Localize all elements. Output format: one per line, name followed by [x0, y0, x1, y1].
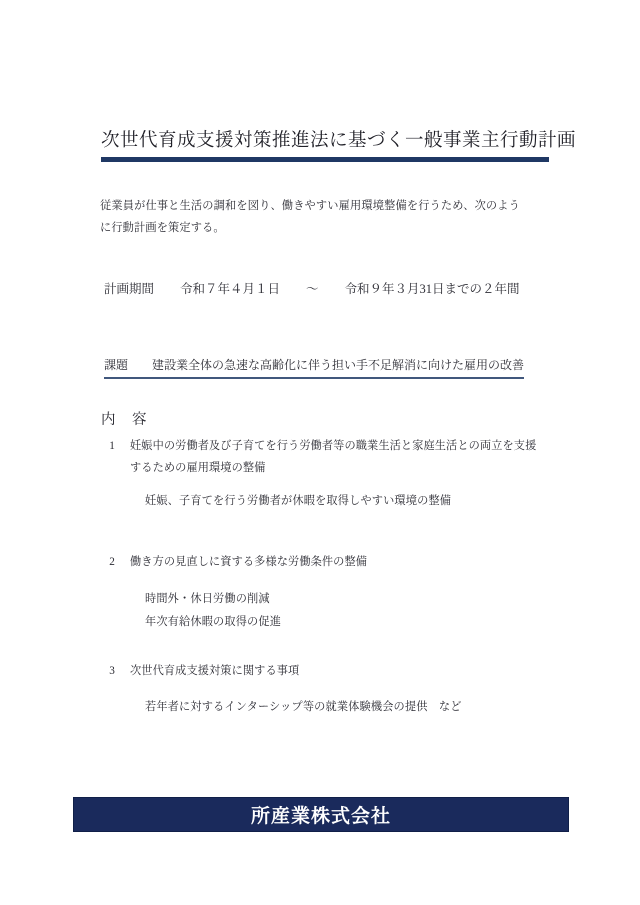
- content-item-1-number: 1: [106, 435, 118, 479]
- content-item-3-number: 3: [106, 660, 118, 682]
- intro-paragraph: 従業員が仕事と生活の調和を図り、働きやすい雇用環境整備を行うため、次のように行動…: [100, 195, 520, 239]
- content-item-2: 2 働き方の見直しに資する多様な労働条件の整備: [106, 551, 538, 573]
- plan-period-end-date: 令和９年３月31日までの２年間: [345, 279, 520, 297]
- plan-period-start-date: 令和７年４月１日: [180, 279, 280, 297]
- content-item-1: 1 妊娠中の労働者及び子育てを行う労働者等の職業生活と家庭生活との両立を支援する…: [106, 435, 538, 479]
- content-item-2-detail-1: 時間外・休日労働の削減: [145, 588, 270, 610]
- issue-row: 課題 建設業全体の急速な高齢化に伴う担い手不足解消に向けた雇用の改善: [104, 356, 524, 379]
- content-item-1-title: 妊娠中の労働者及び子育てを行う労働者等の職業生活と家庭生活との両立を支援するため…: [130, 435, 538, 479]
- content-item-3: 3 次世代育成支援対策に関する事項: [106, 660, 538, 682]
- document-title: 次世代育成支援対策推進法に基づく一般事業主行動計画: [101, 126, 549, 152]
- content-item-1-detail: 妊娠、子育てを行う労働者が休暇を取得しやすい環境の整備: [145, 490, 451, 512]
- plan-period-label: 計画期間: [104, 279, 154, 297]
- title-underline-rule: [101, 157, 549, 162]
- plan-period-separator: ～: [306, 279, 319, 297]
- content-item-3-detail: 若年者に対するインターシップ等の就業体験機会の提供 など: [145, 696, 462, 718]
- issue-label: 課題: [104, 356, 128, 373]
- content-item-3-title: 次世代育成支援対策に関する事項: [130, 660, 538, 682]
- issue-text: 建設業全体の急速な高齢化に伴う担い手不足解消に向けた雇用の改善: [152, 356, 524, 373]
- plan-period-row: 計画期間 令和７年４月１日 ～ 令和９年３月31日までの２年間: [104, 279, 520, 297]
- company-name: 所産業株式会社: [251, 801, 391, 828]
- content-item-2-detail-2: 年次有給休暇の取得の促進: [145, 611, 281, 633]
- content-item-2-number: 2: [106, 551, 118, 573]
- contents-heading: 内 容: [101, 408, 148, 429]
- document-page: 次世代育成支援対策推進法に基づく一般事業主行動計画 従業員が仕事と生活の調和を図…: [0, 0, 640, 905]
- document-header: 次世代育成支援対策推進法に基づく一般事業主行動計画: [101, 126, 549, 162]
- company-footer-bar: 所産業株式会社: [73, 797, 569, 832]
- content-item-2-title: 働き方の見直しに資する多様な労働条件の整備: [130, 551, 538, 573]
